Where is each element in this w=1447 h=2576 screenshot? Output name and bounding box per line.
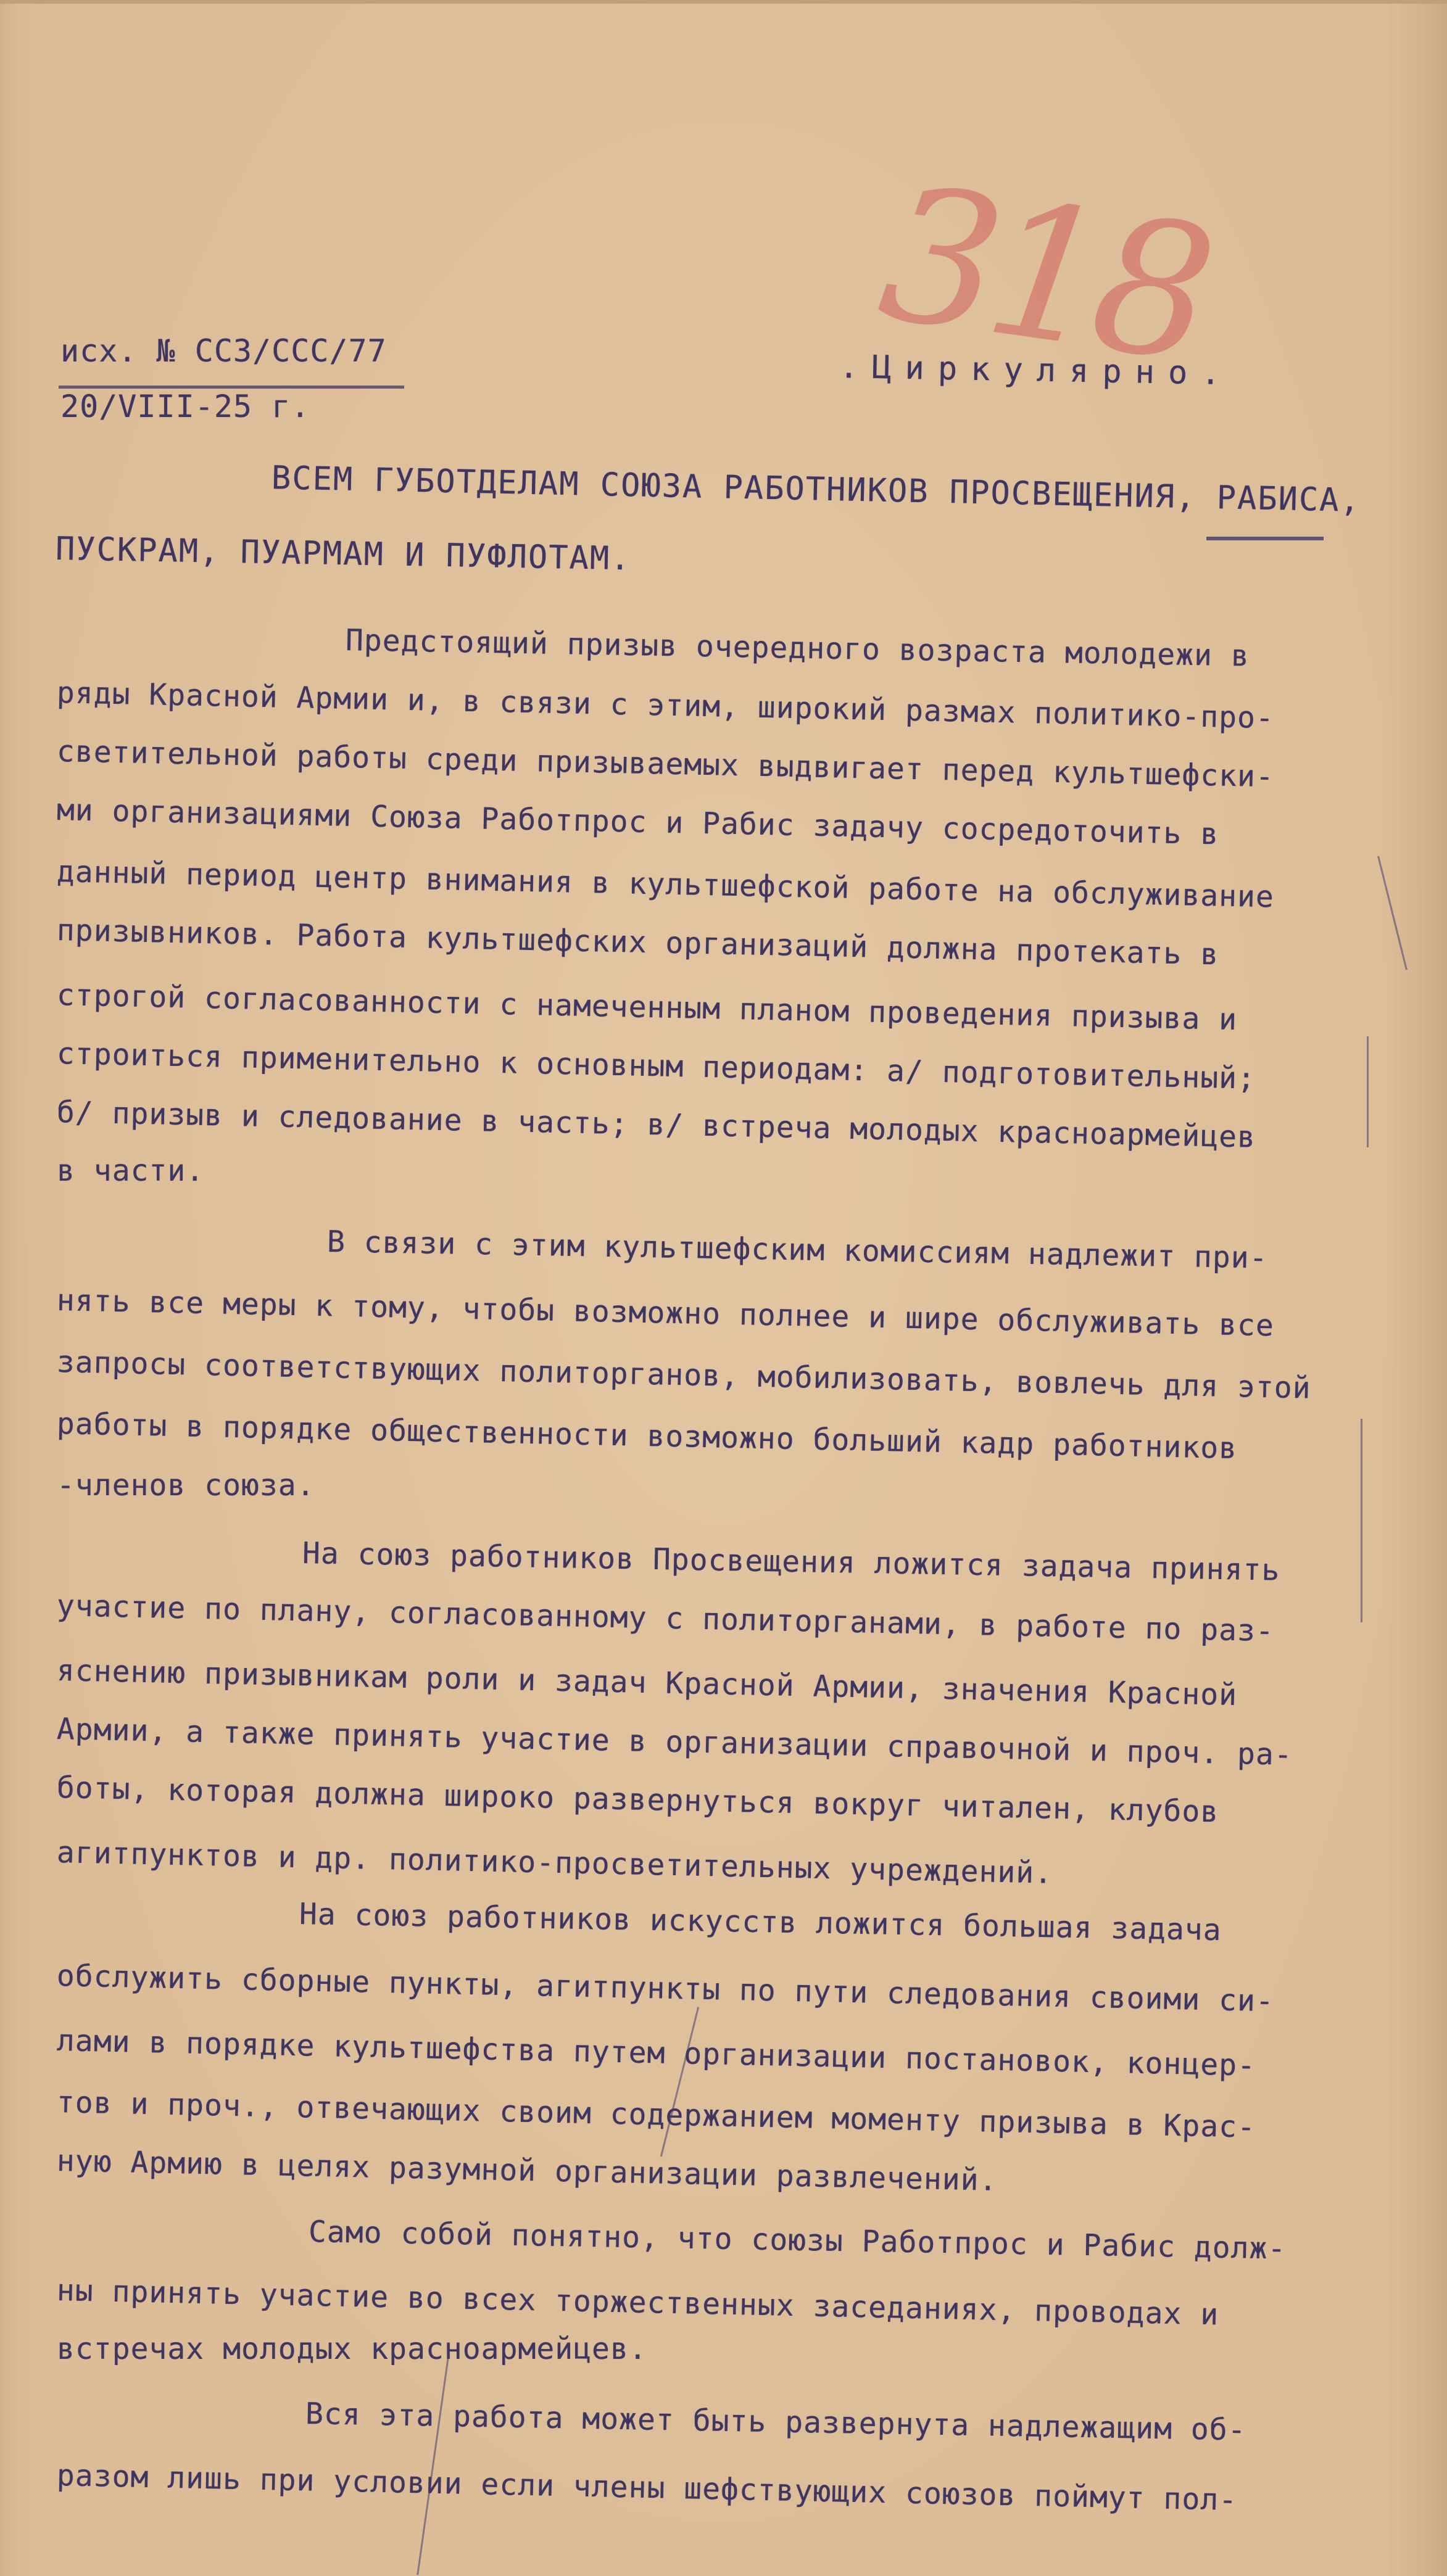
body-line: -членов союза.: [57, 1468, 315, 1503]
crease-mark: [1367, 1036, 1369, 1147]
outgoing-reference: исх. № СС3/ССС/77: [60, 333, 387, 369]
circular-label: .Циркулярно.: [839, 349, 1234, 392]
rabisa-underline: [1206, 537, 1324, 540]
document-date: 20/VIII-25 г.: [60, 389, 310, 424]
body-line: в части.: [57, 1154, 204, 1188]
crease-mark: [1361, 1419, 1362, 1622]
body-line: встречах молодых красноармейцев.: [57, 2332, 647, 2366]
paper-top-edge: [0, 0, 1447, 4]
